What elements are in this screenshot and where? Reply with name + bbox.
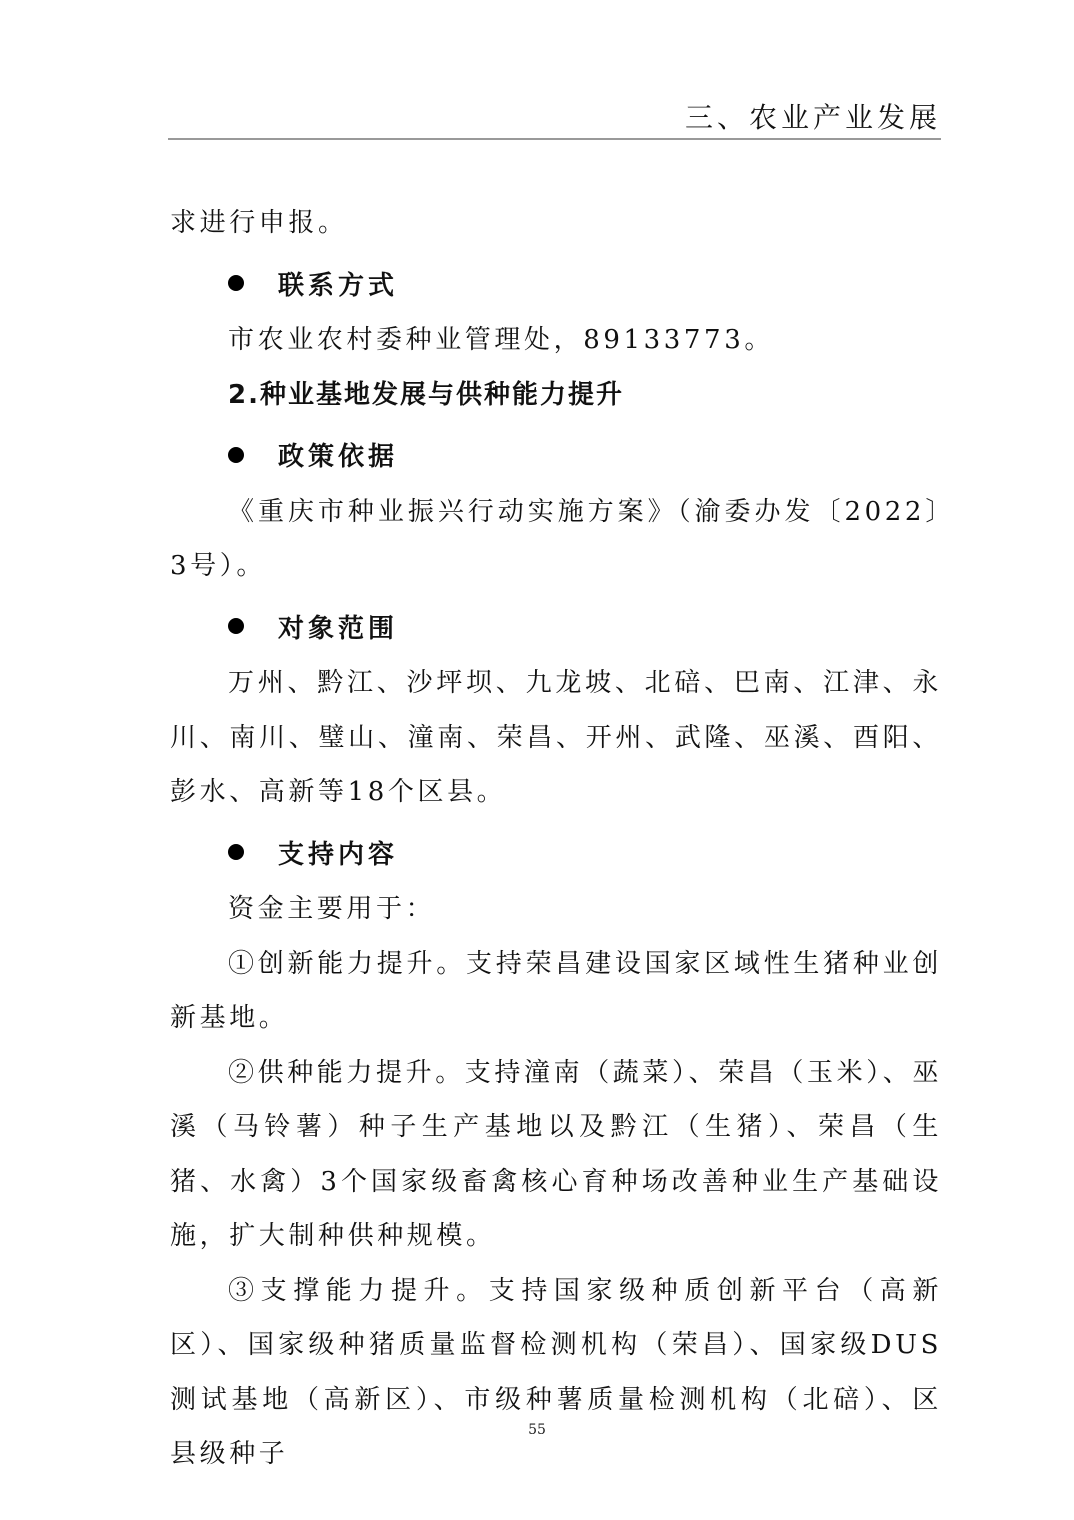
subsection-title: 2.种业基地发展与供种能力提升	[170, 368, 942, 423]
support-item-2: ②供种能力提升。支持潼南（蔬菜）、荣昌（玉米）、巫溪（马铃薯）种子生产基地以及黔…	[170, 1046, 942, 1264]
bullet-icon	[228, 844, 244, 860]
bullet-icon	[228, 618, 244, 634]
contact-text: 市农业农村委种业管理处，89133773。	[170, 313, 942, 368]
policy-heading: 政策依据	[278, 442, 398, 472]
scope-heading: 对象范围	[278, 614, 398, 644]
bullet-heading-contact: 联系方式	[170, 259, 942, 314]
support-item-1: ①创新能力提升。支持荣昌建设国家区域性生猪种业创新基地。	[170, 937, 942, 1046]
continuation-paragraph: 求进行申报。	[170, 196, 942, 251]
page-number: 55	[0, 1422, 1074, 1438]
scope-text: 万州、黔江、沙坪坝、九龙坡、北碚、巴南、江津、永川、南川、璧山、潼南、荣昌、开州…	[170, 656, 942, 820]
contact-heading: 联系方式	[278, 271, 398, 301]
support-heading: 支持内容	[278, 840, 398, 870]
bullet-icon	[228, 275, 244, 291]
header-divider	[168, 138, 941, 140]
running-header-title: 三、农业产业发展	[685, 96, 941, 136]
bullet-icon	[228, 447, 244, 463]
policy-text: 《重庆市种业振兴行动实施方案》（渝委办发〔2022〕3号）。	[170, 485, 942, 594]
support-item-3: ③支撑能力提升。支持国家级种质创新平台（高新区）、国家级种猪质量监督检测机构（荣…	[170, 1264, 942, 1482]
bullet-heading-support: 支持内容	[170, 828, 942, 883]
bullet-heading-policy: 政策依据	[170, 430, 942, 485]
support-intro: 资金主要用于：	[170, 882, 942, 937]
bullet-heading-scope: 对象范围	[170, 602, 942, 657]
page-body: 求进行申报。 联系方式 市农业农村委种业管理处，89133773。 2.种业基地…	[170, 196, 942, 1482]
